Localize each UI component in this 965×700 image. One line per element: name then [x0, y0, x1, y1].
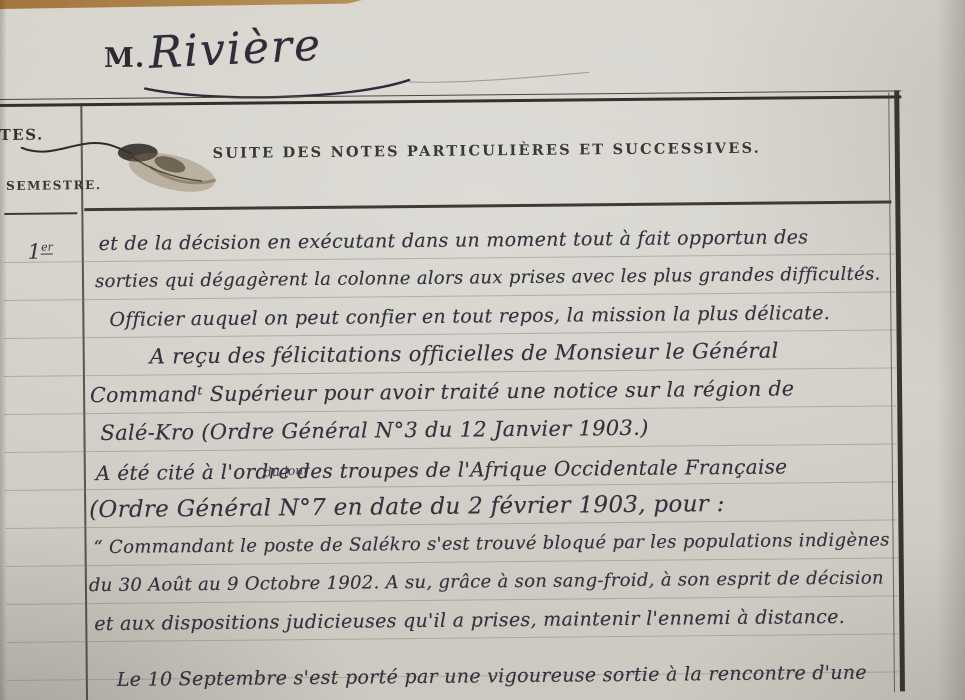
ruled-line	[6, 595, 898, 605]
ruled-line	[6, 557, 898, 567]
semester-number: 1	[28, 240, 42, 264]
handwritten-line: (Ordre Général N°7 en date du 2 février …	[89, 491, 725, 523]
header-rule	[84, 200, 891, 211]
interlinear-insertion: du jour	[263, 462, 309, 480]
ruled-line	[6, 633, 898, 643]
handwritten-line: et de la décision en exécutant dans un m…	[99, 226, 809, 255]
handwritten-line: “ Commandant le poste de Salékro s'est t…	[93, 529, 889, 558]
handwritten-line: sorties qui dégagèrent la colonne alors …	[95, 264, 881, 293]
semester-suffix: er	[41, 240, 53, 254]
ruled-line	[3, 253, 895, 263]
left-header-rule	[4, 212, 77, 215]
page-left-edge-shadow	[0, 0, 7, 700]
document-photo: M. Rivière TES. SEMESTRE. SUITE DES NOTE…	[0, 0, 965, 700]
handwritten-line: du 30 Août au 9 Octobre 1902. A su, grâc…	[89, 568, 884, 597]
ruled-line	[5, 443, 897, 453]
right-border-thin	[888, 92, 895, 692]
ruled-line	[4, 367, 896, 377]
ruled-line	[4, 329, 896, 339]
ink-stain	[20, 126, 251, 203]
paper-sheet: M. Rivière TES. SEMESTRE. SUITE DES NOTE…	[0, 0, 965, 700]
ruled-line	[4, 405, 896, 415]
handwritten-line: Commandᵗ Supérieur pour avoir traité une…	[90, 376, 794, 407]
ruled-line	[3, 291, 895, 301]
handwritten-line: Salé-Kro (Ordre Général N°3 du 12 Janvie…	[100, 416, 648, 445]
handwritten-line: Le 10 Septembre s'est porté par une vigo…	[117, 662, 867, 691]
right-border-thick	[894, 90, 905, 691]
handwritten-line: A été cité à l'ordre des troupes de l'Af…	[96, 454, 788, 485]
semester-margin-note: 1er	[28, 239, 53, 263]
handwritten-line: A reçu des félicitations officielles de …	[150, 339, 779, 369]
handwritten-line: et aux dispositions judicieuses qu'il a …	[94, 606, 845, 635]
page-right-edge-shadow	[937, 0, 965, 700]
handwritten-line: Officier auquel on peut confier en tout …	[109, 302, 830, 331]
